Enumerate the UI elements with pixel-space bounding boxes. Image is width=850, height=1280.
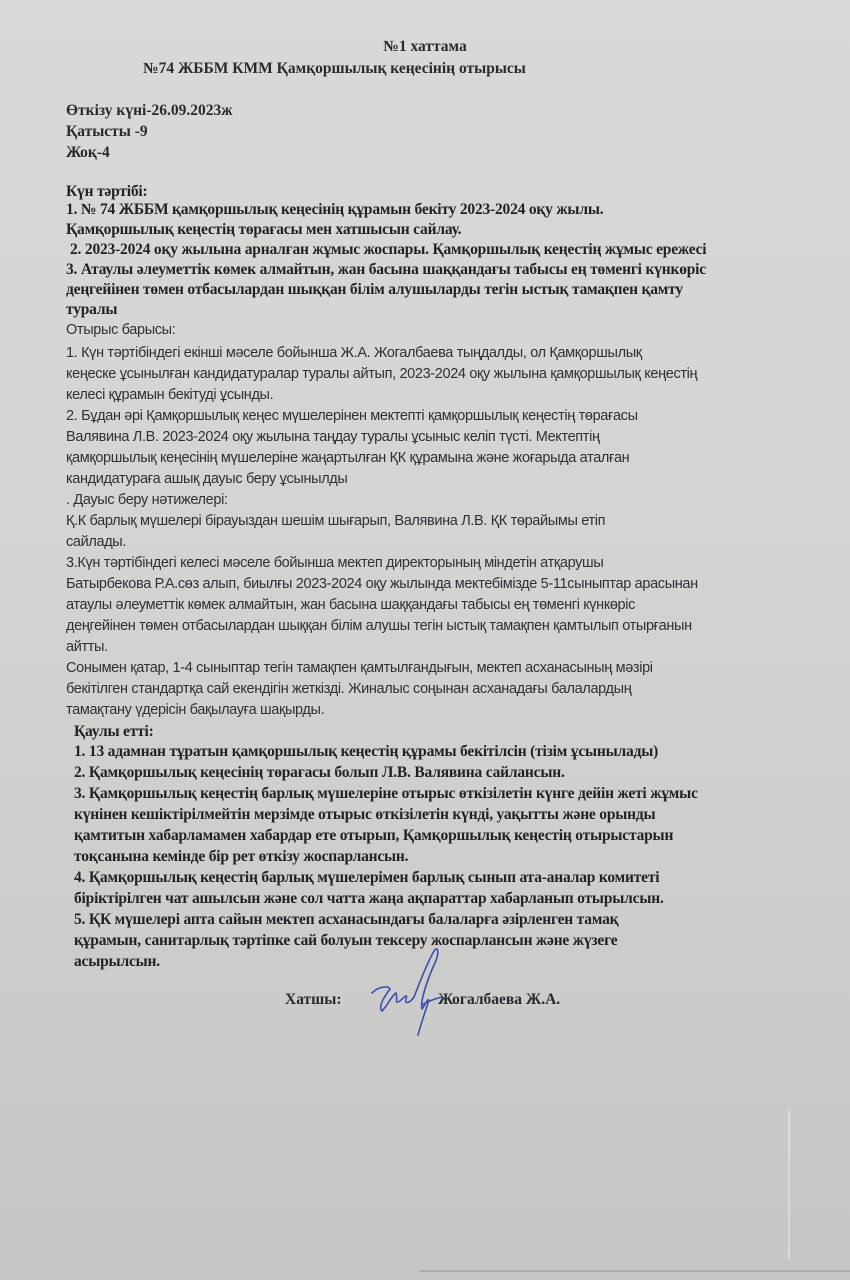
agenda-line: Қамқоршылық кеңестің төрағасы мен хатшыс… — [66, 220, 461, 239]
agenda-line: деңгейінен төмен отбасылардан шыққан біл… — [66, 280, 683, 299]
resolution-line: 1. 13 адамнан тұратын қамқоршылық кеңест… — [74, 742, 658, 761]
proceedings-line: Валявина Л.В. 2023-2024 оқу жылына таңда… — [66, 428, 600, 447]
proceedings-line: 3.Күн тәртібіндегі келесі мәселе бойынша… — [66, 554, 603, 573]
secretary-label: Хатшы: — [285, 990, 342, 1009]
proceedings-line: тамақтану үдерісін бақылауға шақырды. — [66, 701, 324, 720]
proceedings-line: Қ.К барлық мүшелері бірауыздан шешім шығ… — [66, 512, 605, 531]
document-title: №1 хаттама — [0, 37, 850, 56]
paper-edge — [420, 1270, 850, 1272]
proceedings-line: бекітілген стандартқа сай екендігін жетк… — [66, 680, 631, 699]
proceedings-heading: Отырыс барысы: — [66, 321, 175, 340]
proceedings-line: деңгейінен төмен отбасылардан шыққан біл… — [66, 617, 692, 636]
agenda-heading: Күн тәртібі: — [66, 182, 147, 201]
resolution-heading: Қаулы етті: — [74, 722, 154, 741]
document-subtitle: №74 ЖББМ КММ Қамқоршылық кеңесінің отыры… — [143, 59, 526, 78]
secretary-name: Жогалбаева Ж.А. — [438, 990, 560, 1009]
resolution-line: күнінен кешіктірілмейтін мерзімде отырыс… — [74, 805, 655, 824]
proceedings-line: Батырбекова Р.А.сөз алып, биылғы 2023-20… — [66, 575, 698, 594]
paper-fold — [788, 1110, 790, 1260]
resolution-line: 5. ҚК мүшелері апта сайын мектеп асханас… — [74, 910, 618, 929]
resolution-line: құрамын, санитарлық тәртіпке сай болуын … — [74, 931, 617, 950]
document-page: №1 хаттама №74 ЖББМ КММ Қамқоршылық кеңе… — [0, 0, 850, 1280]
proceedings-line: келесі құрамын бекітуді ұсынды. — [66, 386, 273, 405]
resolution-line: асырылсын. — [74, 952, 160, 971]
resolution-line: тоқсанына кемінде бір рет өткізу жоспарл… — [74, 847, 408, 866]
proceedings-line: . Дауыс беру нәтижелері: — [66, 491, 228, 510]
proceedings-line: атаулы әлеуметтік көмек алмайтын, жан ба… — [66, 596, 635, 615]
proceedings-line: кеңеске ұсынылған кандидатуралар туралы … — [66, 365, 697, 384]
resolution-line: 4. Қамқоршылық кеңестің барлық мүшелерім… — [74, 868, 659, 887]
proceedings-line: Сонымен қатар, 1-4 сыныптар тегін тамақп… — [66, 659, 653, 678]
present-count: Қатысты -9 — [66, 122, 148, 141]
resolution-line: біріктірілген чат ашылсын және сол чатта… — [74, 889, 664, 908]
proceedings-line: 1. Күн тәртібіндегі екінші мәселе бойынш… — [66, 344, 642, 363]
proceedings-line: қамқоршылық кеңесінің мүшелеріне жаңарты… — [66, 449, 629, 468]
proceedings-line: айтты. — [66, 638, 108, 657]
absent-count: Жоқ-4 — [66, 143, 110, 162]
meeting-date: Өткізу күні-26.09.2023ж — [66, 101, 233, 120]
resolution-line: 3. Қамқоршылық кеңестің барлық мүшелерін… — [74, 784, 698, 803]
agenda-line: туралы — [66, 300, 117, 319]
agenda-line: 2. 2023-2024 оқу жылына арналған жұмыс ж… — [70, 240, 706, 259]
resolution-line: 2. Қамқоршылық кеңесінің төрағасы болып … — [74, 763, 565, 782]
proceedings-line: кандидатураға ашық дауыс беру ұсынылды — [66, 470, 348, 489]
resolution-line: қамтитын хабарламамен хабардар ете отыры… — [74, 826, 673, 845]
agenda-line: 3. Атаулы әлеуметтік көмек алмайтын, жан… — [66, 260, 706, 279]
agenda-line: 1. № 74 ЖББМ қамқоршылық кеңесінің құрам… — [66, 200, 603, 219]
handwritten-signature-icon — [368, 943, 443, 1038]
proceedings-line: сайлады. — [66, 533, 126, 552]
proceedings-line: 2. Бұдан әрі Қамқоршылық кеңес мүшелерін… — [66, 407, 638, 426]
